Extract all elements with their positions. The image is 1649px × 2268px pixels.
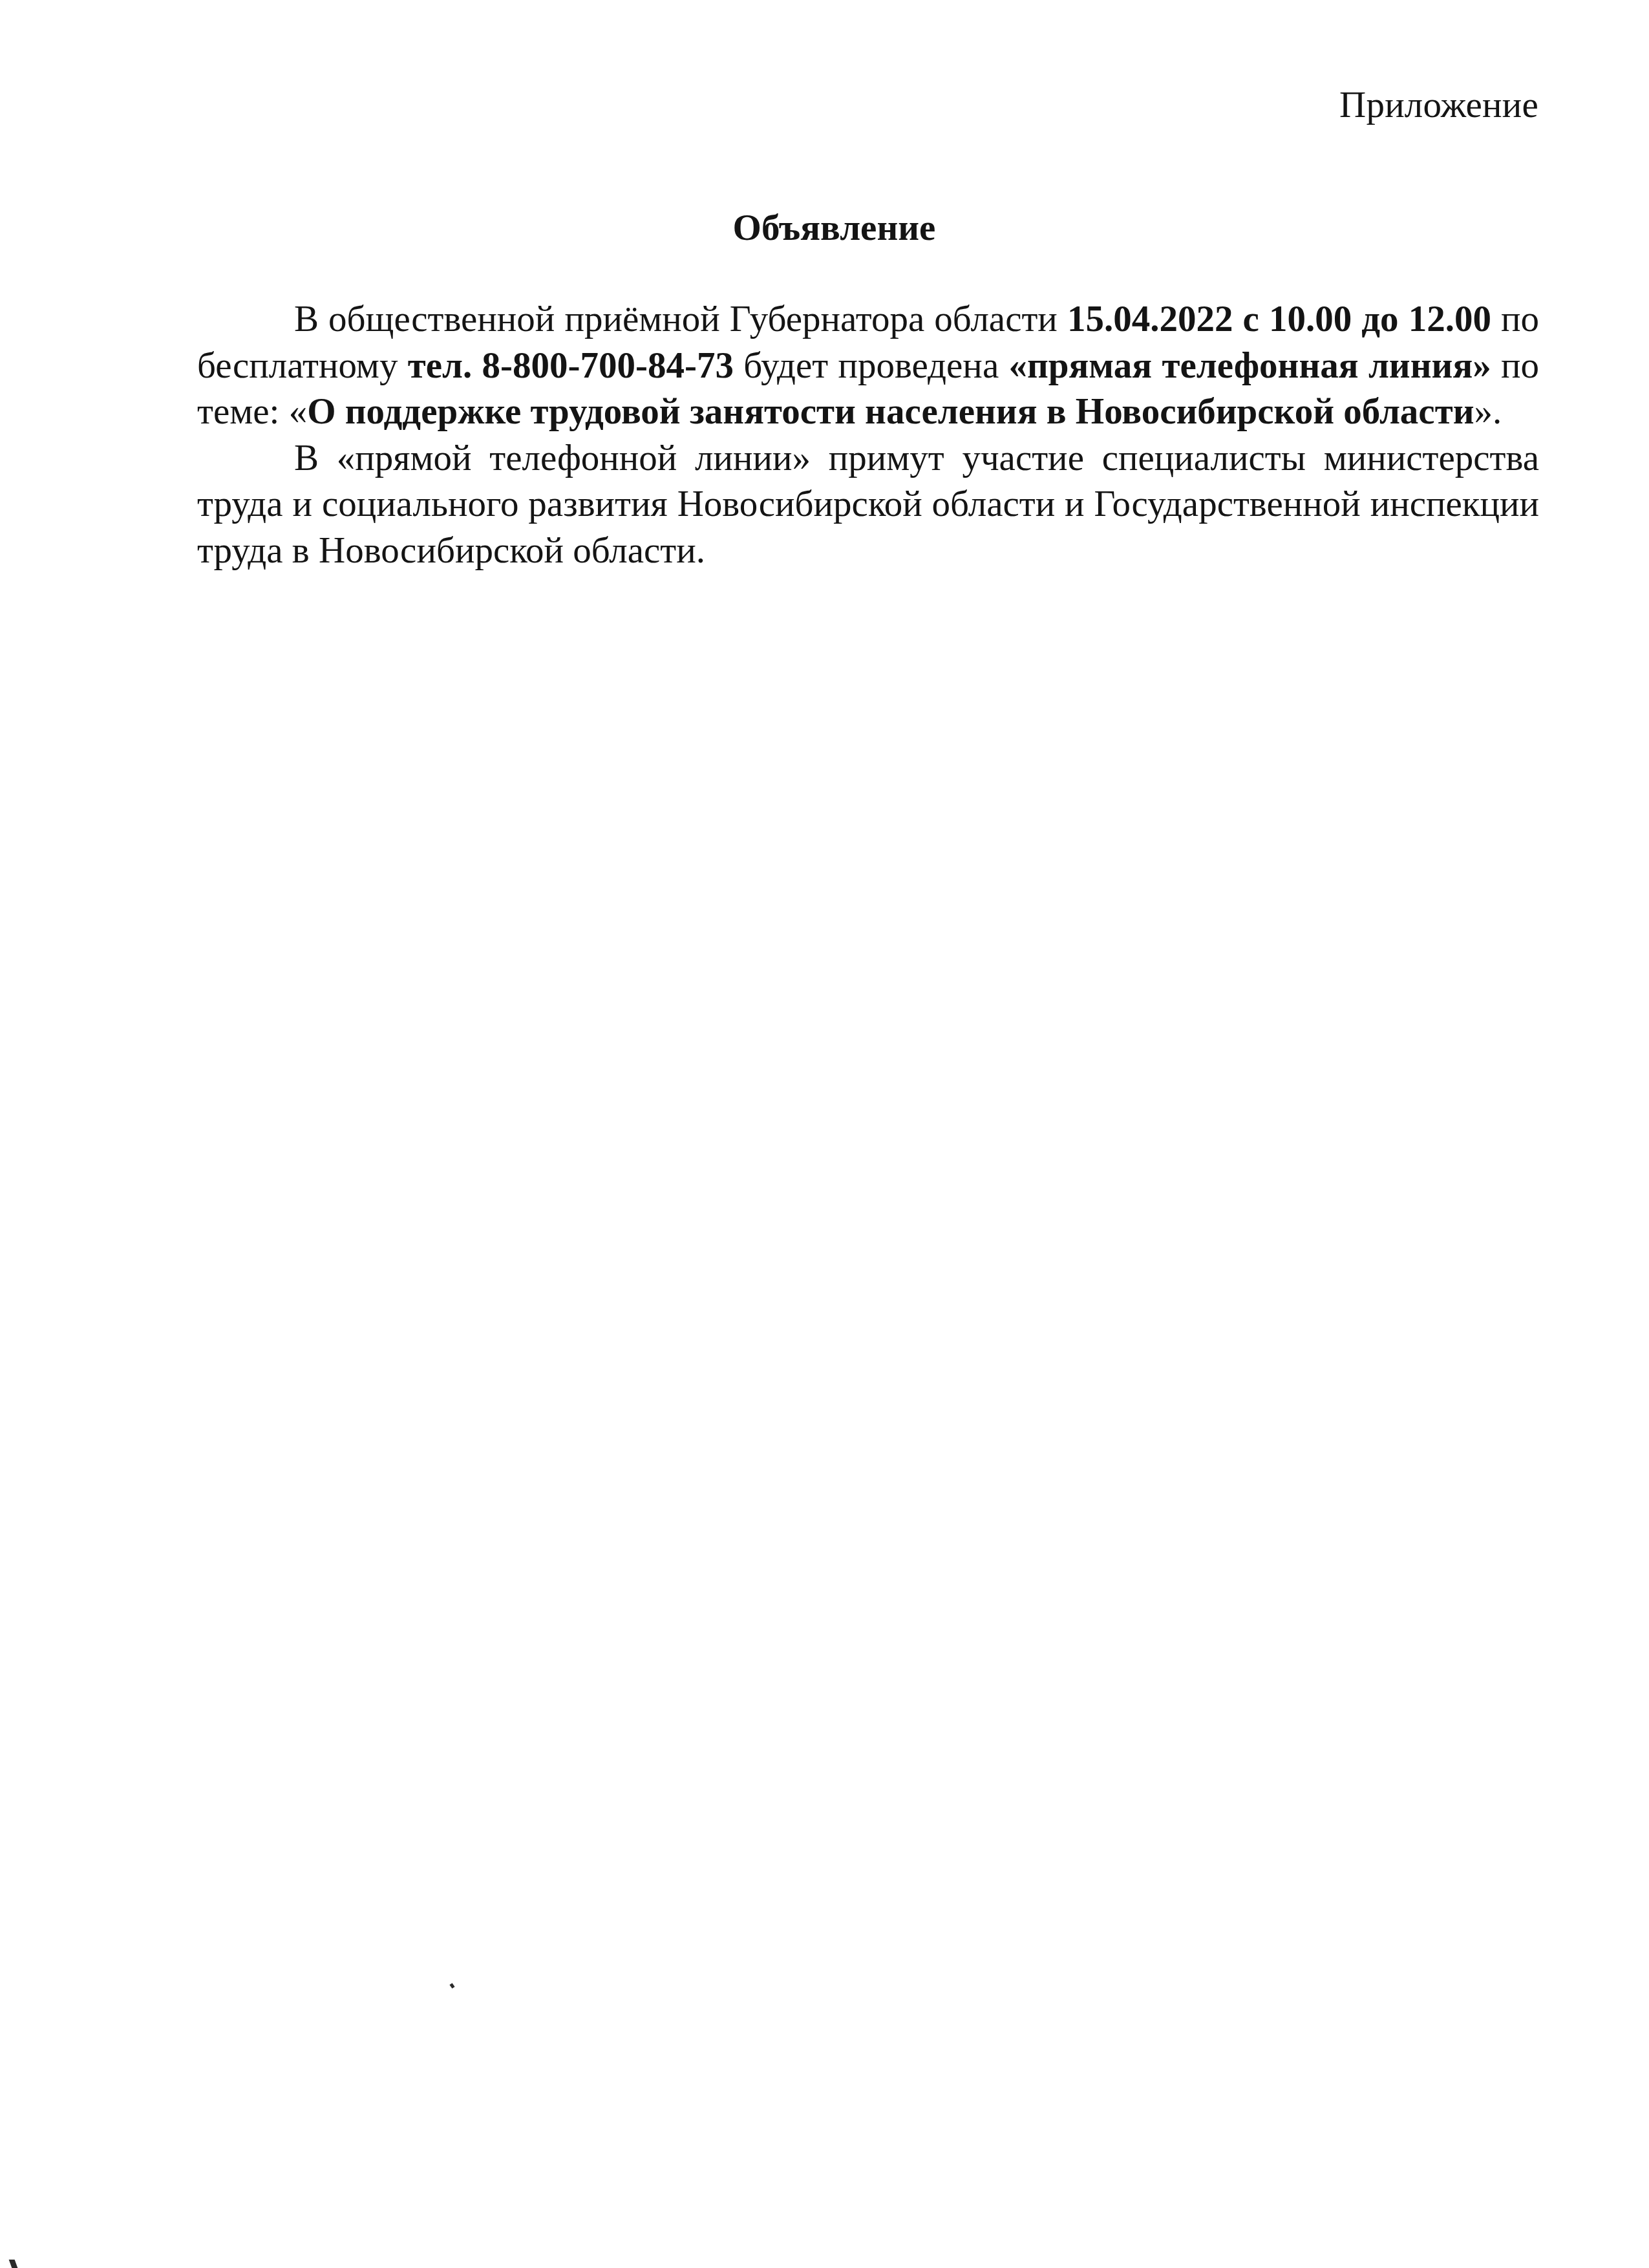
text-segment: В общественной приёмной Губернатора обла… [294,299,1067,339]
document-body: В общественной приёмной Губернатора обла… [197,296,1539,573]
scan-artifact [449,1983,454,1989]
paragraph-announcement: В общественной приёмной Губернатора обла… [197,296,1539,435]
document-page: Приложение Объявление В общественной при… [0,0,1649,2268]
scan-artifact [9,2260,18,2268]
event-datetime: 15.04.2022 с 10.00 до 12.00 [1067,299,1491,339]
appendix-label: Приложение [1339,83,1538,128]
text-segment: ». [1474,391,1502,432]
event-name: «прямая телефонная линия» [1008,345,1491,386]
phone-number: тел. 8-800-700-84-73 [408,345,734,386]
text-segment: В «прямой телефонной линии» примут участ… [197,438,1539,571]
document-title: Объявление [0,206,1649,251]
paragraph-participants: В «прямой телефонной линии» примут участ… [197,435,1539,574]
text-segment: будет проведена [734,345,1009,386]
event-topic: О поддержке трудовой занятости населения… [307,391,1474,432]
